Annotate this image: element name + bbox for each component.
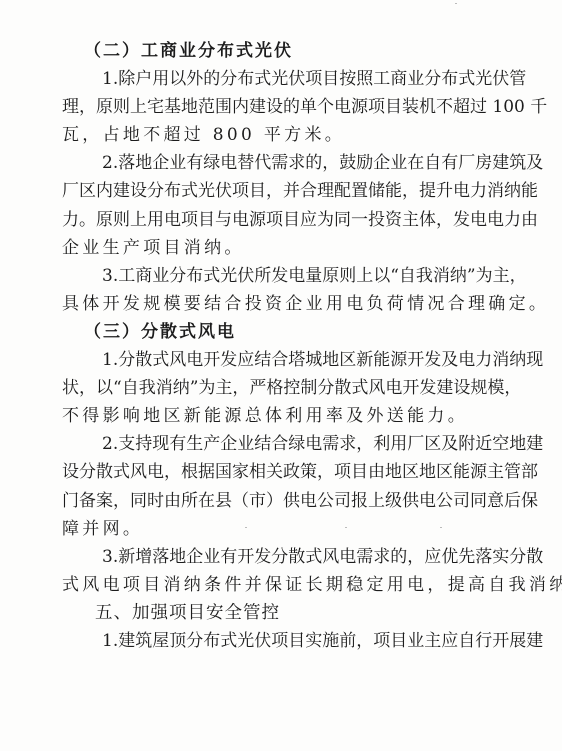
scan-speck [345,527,347,528]
paragraph-line: 障并网。 [62,515,509,543]
paragraph-line: 2.支持现有生产企业结合绿电需求，利用厂区及附近空地建 [62,430,509,458]
paragraph-line: 门备案，同时由所在县（市）供电公司报上级供电公司同意后保 [62,487,509,515]
paragraph-line: 1.除户用以外的分布式光伏项目按照工商业分布式光伏管 [62,65,509,93]
paragraph-line: 瓦，占地不超过 800 平方米。 [62,121,509,149]
paragraph-line: 1.分散式风电开发应结合塔城地区新能源开发及电力消纳现 [62,346,509,374]
paragraph-line: 状，以“自我消纳”为主，严格控制分散式风电开发建设规模， [62,374,509,402]
paragraph-line: 3.工商业分布式光伏所发电量原则上以“自我消纳”为主， [62,262,509,290]
chapter-heading-safety-control: 五、加强项目安全管控 [62,599,509,627]
paragraph-line: 式风电项目消纳条件并保证长期稳定用电，提高自我消纳能力。 [62,571,509,599]
document-page: （二）工商业分布式光伏 1.除户用以外的分布式光伏项目按照工商业分布式光伏管 理… [62,37,509,655]
paragraph-line: 3.新增落地企业有开发分散式风电需求的，应优先落实分散 [62,543,509,571]
paragraph-line: 不得影响地区新能源总体利用率及外送能力。 [62,402,509,430]
section-heading-distributed-wind: （三）分散式风电 [62,318,509,346]
scan-speck [440,527,442,528]
paragraph-line: 设分散式风电，根据国家相关政策，项目由地区地区能源主管部 [62,458,509,486]
section-heading-commercial-pv: （二）工商业分布式光伏 [62,37,509,65]
paragraph-line: 理，原则上宅基地范围内建设的单个电源项目装机不超过 100 千 [62,93,509,121]
paragraph-line: 具体开发规模要结合投资企业用电负荷情况合理确定。 [62,290,509,318]
paragraph-line: 力。原则上用电项目与电源项目应为同一投资主体，发电电力由 [62,206,509,234]
scan-speck [455,3,457,4]
paragraph-line: 企业生产项目消纳。 [62,234,509,262]
scan-speck [245,527,247,528]
paragraph-line: 厂区内建设分布式光伏项目，并合理配置储能，提升电力消纳能 [62,177,509,205]
paragraph-line: 1.建筑屋顶分布式光伏项目实施前，项目业主应自行开展建 [62,627,509,655]
paragraph-line: 2.落地企业有绿电替代需求的，鼓励企业在自有厂房建筑及 [62,149,509,177]
